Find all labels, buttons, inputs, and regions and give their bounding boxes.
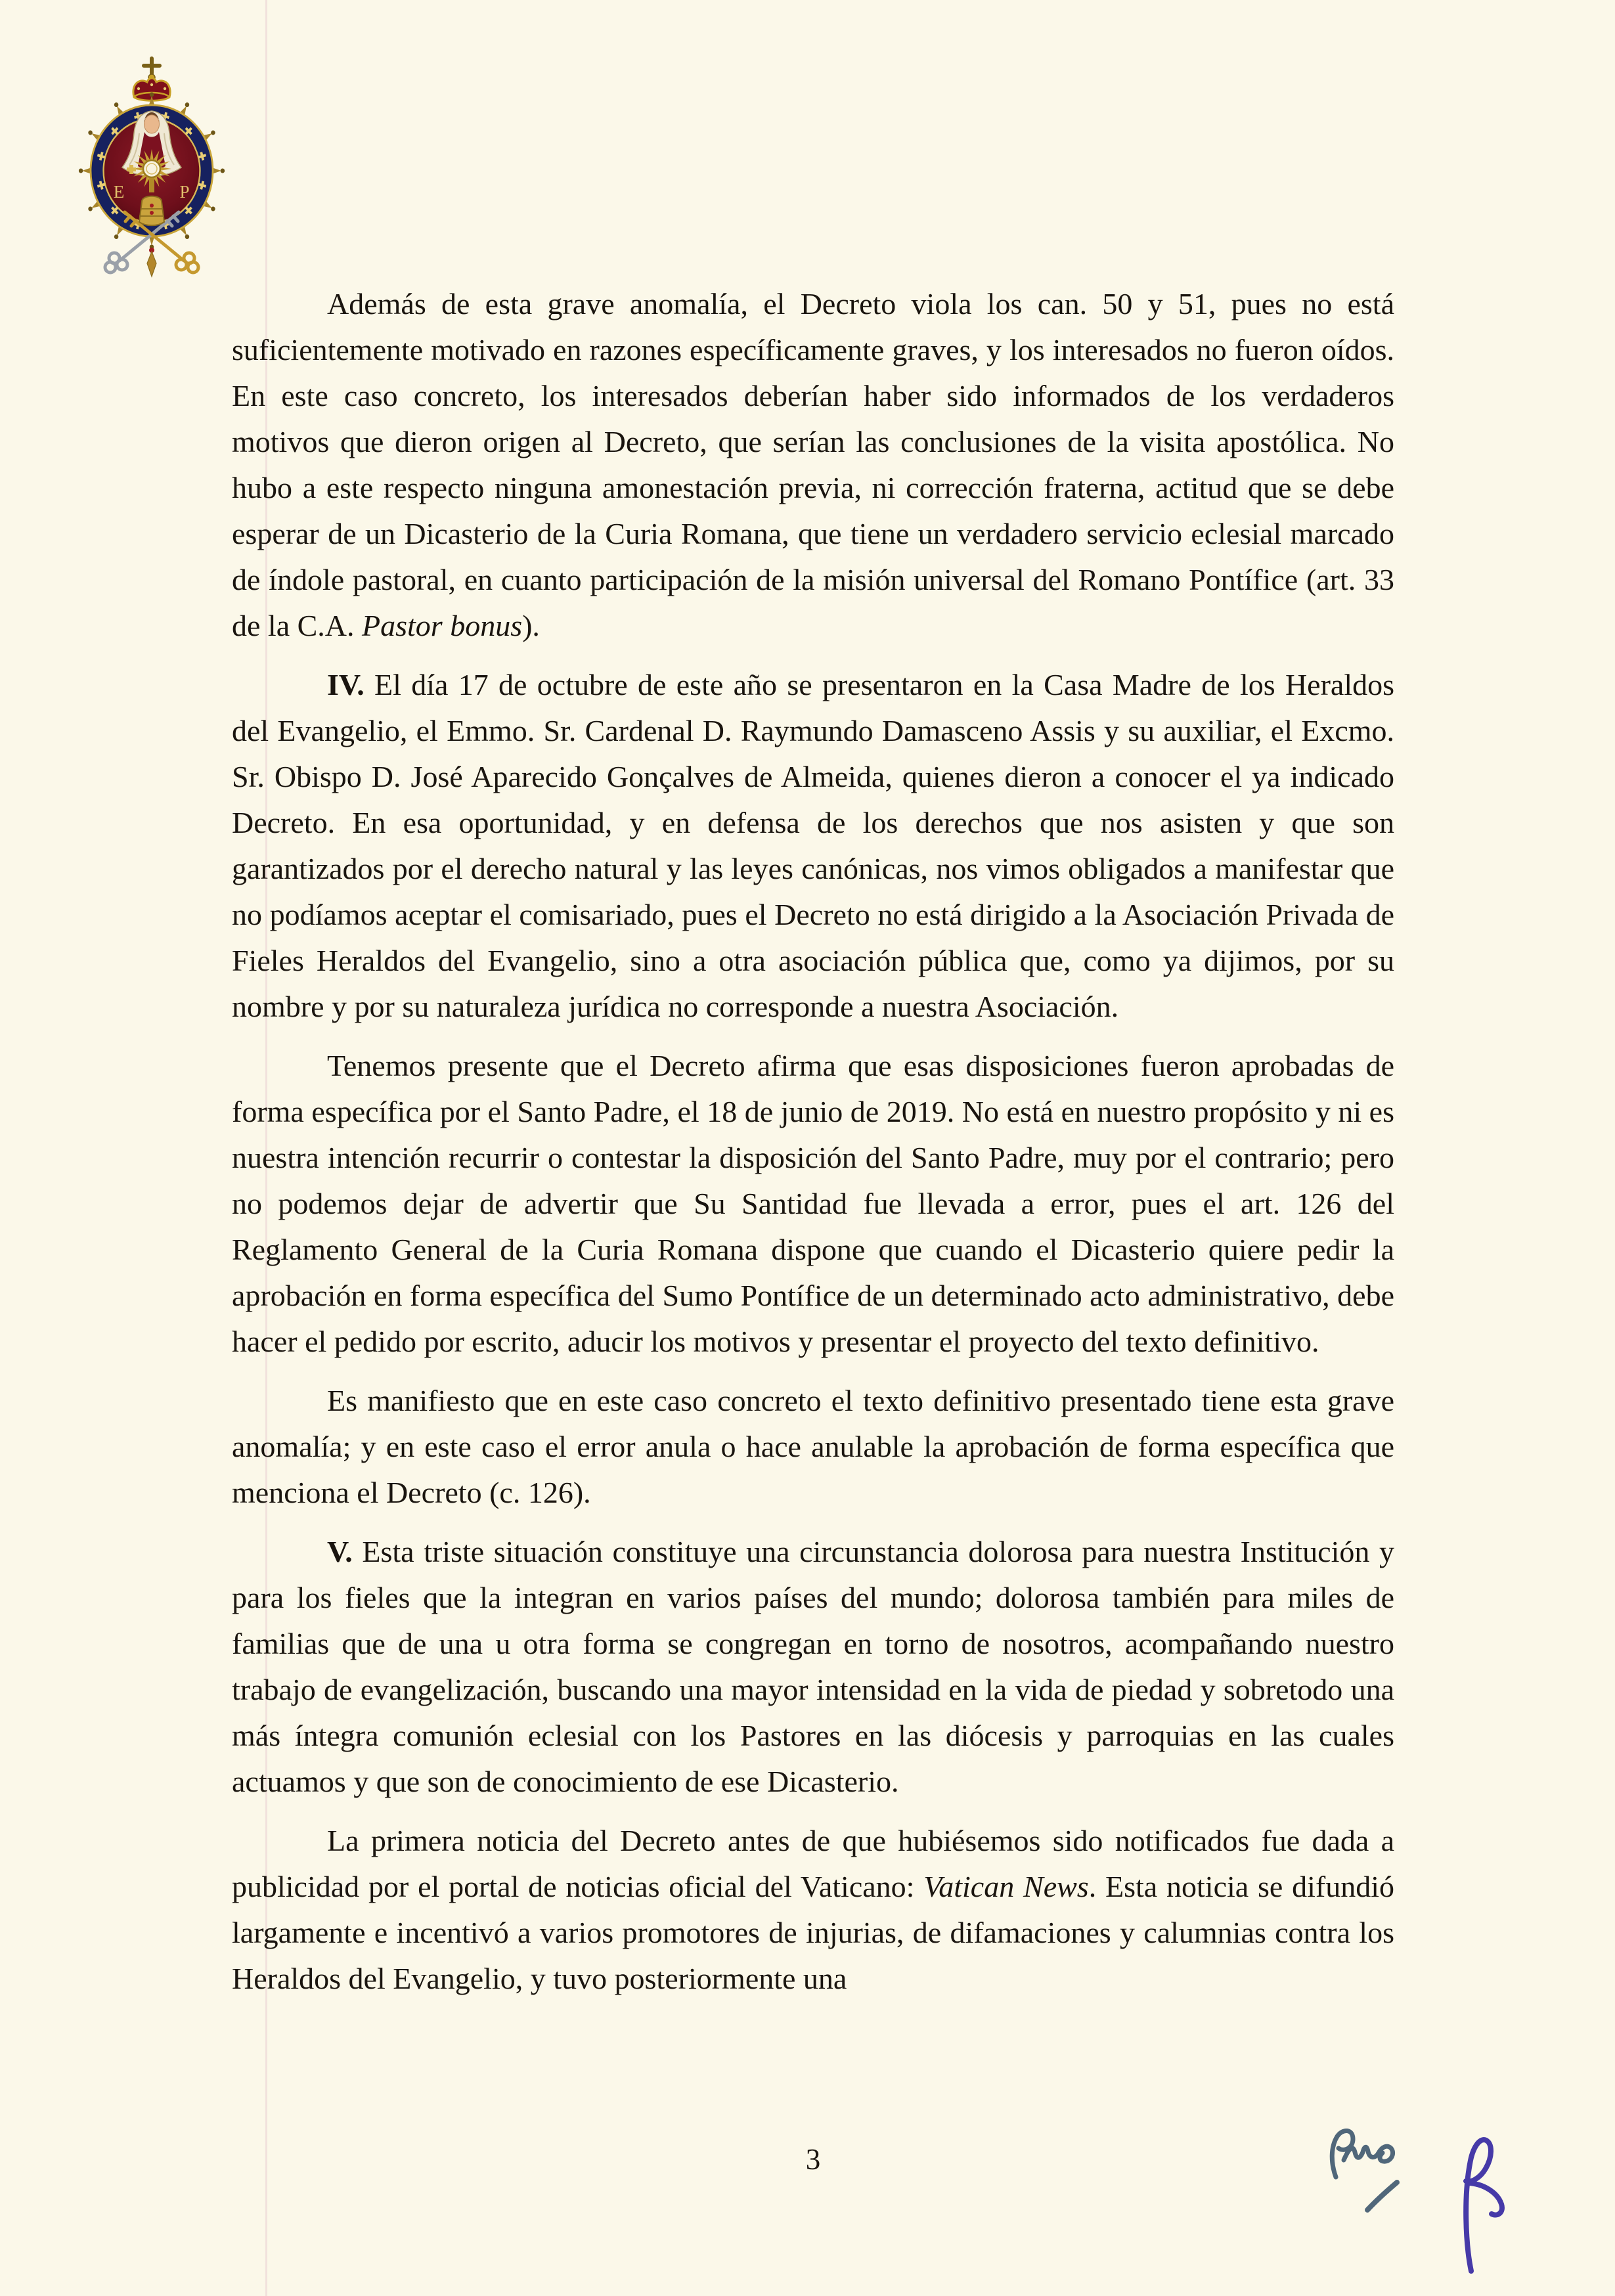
text-run: V. [327,1535,353,1568]
crest-tiara-icon [139,196,164,226]
text-run: Es manifiesto que en este caso concreto … [232,1384,1394,1509]
paragraph: Es manifiesto que en este caso concreto … [232,1378,1394,1516]
signature-initial-right [1466,2140,1502,2271]
crest-monstrance-stem [149,178,154,192]
paragraph: Además de esta grave anomalía, el Decret… [232,281,1394,649]
paragraph: Tenemos presente que el Decreto afirma q… [232,1043,1394,1365]
text-run: El día 17 de octubre de este año se pres… [232,668,1394,1023]
page-number: 3 [232,2142,1394,2176]
signature-initials-left [1332,2130,1397,2210]
text-run: Vatican News [923,1870,1088,1903]
document-body: Además de esta grave anomalía, el Decret… [232,281,1394,2002]
crest-letter-p: P [179,182,189,202]
handwritten-initials [1314,2118,1530,2289]
paragraph: IV. El día 17 de octubre de este año se … [232,662,1394,1030]
heralds-crest-emblem: E P [66,56,230,282]
text-run: IV. [327,668,365,701]
paragraph: V. Esta triste situación constituye una … [232,1529,1394,1805]
document-page: E P [0,0,1615,2296]
crest-tassel [147,248,156,276]
text-run: ). [522,609,540,642]
text-run: Pastor bonus [362,609,522,642]
text-run: Esta triste situación constituye una cir… [232,1535,1394,1798]
text-run: Tenemos presente que el Decreto afirma q… [232,1049,1394,1358]
text-run: Además de esta grave anomalía, el Decret… [232,287,1394,642]
crest-letter-e: E [114,182,125,202]
paragraph: La primera noticia del Decreto antes de … [232,1818,1394,2002]
